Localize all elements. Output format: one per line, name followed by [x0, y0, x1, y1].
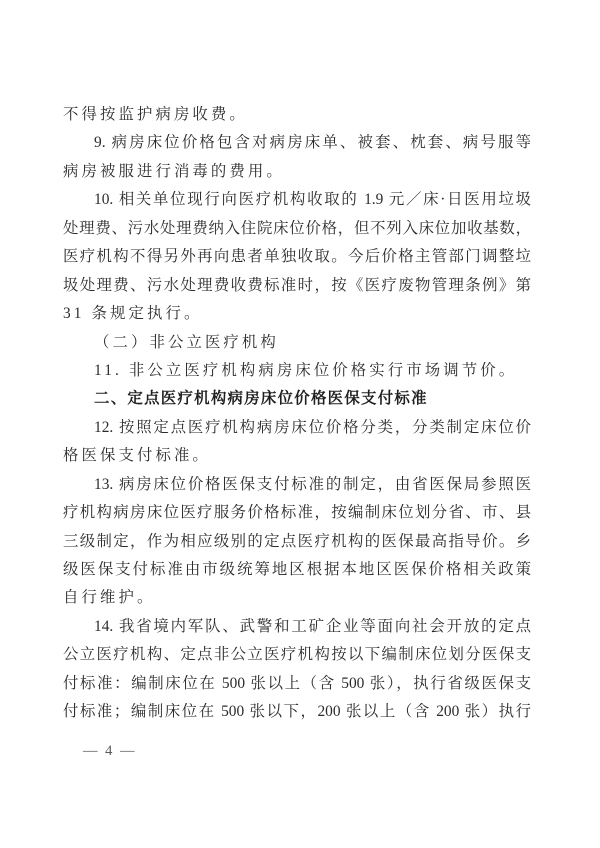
document-line: 级医保支付标准由市级统筹地区根据本地区医保价格相关政策 [63, 556, 531, 584]
document-line: 处理费、污水处理费纳入住院床位价格，但不列入床位加收基数， [63, 215, 531, 243]
document-line: 付标准：编制床位在 500 张以上（含 500 张），执行省级医保支 [63, 670, 531, 698]
document-line: 14. 我省境内军队、武警和工矿企业等面向社会开放的定点 [63, 613, 531, 641]
document-line: 自行维护。 [63, 584, 531, 612]
document-line: 12. 按照定点医疗机构病房床位价格分类，分类制定床位价 [63, 414, 531, 442]
document-line: （二）非公立医疗机构 [63, 329, 531, 357]
document-line: 13. 病房床位价格医保支付标准的制定，由省医保局参照医 [63, 471, 531, 499]
document-line: 31 条规定执行。 [63, 300, 531, 328]
document-line: 病房被服进行消毒的费用。 [63, 158, 531, 186]
document-line: 格医保支付标准。 [63, 442, 531, 470]
section-heading: 二、定点医疗机构病房床位价格医保支付标准 [63, 385, 531, 413]
page-number: — 4 — [83, 739, 137, 763]
document-line: 医疗机构不得另外再向患者单独收取。今后价格主管部门调整垃 [63, 243, 531, 271]
document-line: 公立医疗机构、定点非公立医疗机构按以下编制床位划分医保支 [63, 641, 531, 669]
document-line: 圾处理费、污水处理费收费标准时，按《医疗废物管理条例》第 [63, 272, 531, 300]
document-line: 疗机构病房床位医疗服务价格标准，按编制床位划分省、市、县 [63, 499, 531, 527]
document-line: 付标准；编制床位在 500 张以下，200 张以上（含 200 张）执行 [63, 698, 531, 726]
document-line: 10. 相关单位现行向医疗机构收取的 1.9 元／床·日医用垃圾 [63, 186, 531, 214]
document-page: 不得按监护病房收费。9. 病房床位价格包含对病房床单、被套、枕套、病号服等病房被… [0, 0, 600, 848]
document-body: 不得按监护病房收费。9. 病房床位价格包含对病房床单、被套、枕套、病号服等病房被… [63, 101, 531, 727]
document-line: 三级制定，作为相应级别的定点医疗机构的医保最高指导价。乡 [63, 528, 531, 556]
document-line: 9. 病房床位价格包含对病房床单、被套、枕套、病号服等 [63, 129, 531, 157]
document-line: 11. 非公立医疗机构病房床位价格实行市场调节价。 [63, 357, 531, 385]
document-line: 不得按监护病房收费。 [63, 101, 531, 129]
